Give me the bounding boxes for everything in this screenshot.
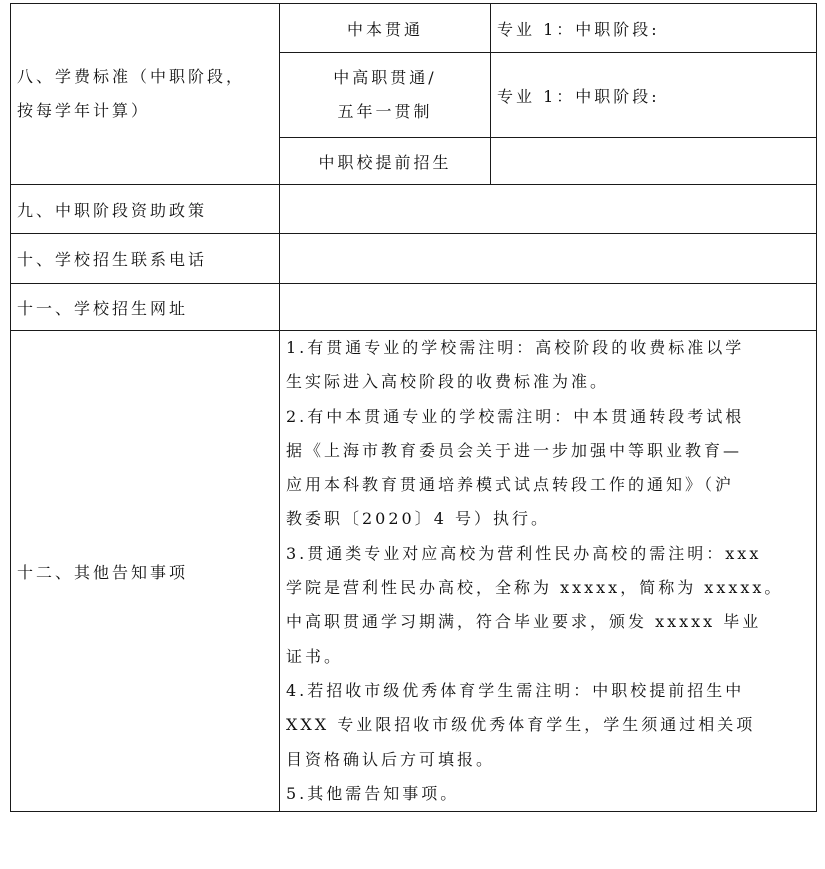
- tuition-label-line1: 八、学费标准（中职阶段，: [17, 60, 273, 94]
- notice-line: 教委职〔2020〕4 号）执行。: [286, 502, 810, 536]
- tuition-label-line2: 按每学年计算）: [17, 94, 273, 128]
- phone-label: 十、学校招生联系电话: [11, 234, 280, 284]
- tuition-type-zhonggao-line2: 五年一贯制: [286, 95, 484, 129]
- notice-line: 中高职贯通学习期满，符合毕业要求，颁发 xxxxx 毕业: [286, 605, 810, 639]
- enrollment-info-table: 八、学费标准（中职阶段， 按每学年计算） 中本贯通 专业 1：中职阶段: 中高职…: [10, 3, 817, 812]
- notice-line: 目资格确认后方可填报。: [286, 743, 810, 777]
- table-row-phone: 十、学校招生联系电话: [11, 234, 817, 284]
- notice-line: 应用本科教育贯通培养模式试点转段工作的通知》（沪: [286, 468, 810, 502]
- aid-policy-value: [280, 185, 817, 234]
- tuition-value-zhonggao: 专业 1：中职阶段:: [491, 53, 817, 138]
- tuition-type-early: 中职校提前招生: [280, 138, 491, 185]
- notice-line: 证书。: [286, 640, 810, 674]
- notice-line: 学院是营利性民办高校，全称为 xxxxx，简称为 xxxxx。: [286, 571, 810, 605]
- notice-line: 4.若招收市级优秀体育学生需注明：中职校提前招生中: [286, 674, 810, 708]
- table-row-notices: 十二、其他告知事项 1.有贯通专业的学校需注明：高校阶段的收费标准以学 生实际进…: [11, 331, 817, 812]
- website-value: [280, 284, 817, 331]
- notice-line: 据《上海市教育委员会关于进一步加强中等职业教育—: [286, 434, 810, 468]
- aid-policy-label: 九、中职阶段资助政策: [11, 185, 280, 234]
- website-label: 十一、学校招生网址: [11, 284, 280, 331]
- notice-line: 1.有贯通专业的学校需注明：高校阶段的收费标准以学: [286, 331, 810, 365]
- phone-value: [280, 234, 817, 284]
- notice-line: 2.有中本贯通专业的学校需注明：中本贯通转段考试根: [286, 400, 810, 434]
- tuition-value-early: [491, 138, 817, 185]
- tuition-label-cell: 八、学费标准（中职阶段， 按每学年计算）: [11, 4, 280, 185]
- notices-content: 1.有贯通专业的学校需注明：高校阶段的收费标准以学 生实际进入高校阶段的收费标准…: [280, 331, 817, 812]
- notice-line: XXX 专业限招收市级优秀体育学生，学生须通过相关项: [286, 708, 810, 742]
- tuition-value-zhongben: 专业 1：中职阶段:: [491, 4, 817, 53]
- tuition-type-zhongben: 中本贯通: [280, 4, 491, 53]
- notice-line: 5.其他需告知事项。: [286, 777, 810, 811]
- notices-label: 十二、其他告知事项: [11, 331, 280, 812]
- table-row-tuition-zhongben: 八、学费标准（中职阶段， 按每学年计算） 中本贯通 专业 1：中职阶段:: [11, 4, 817, 53]
- notice-line: 生实际进入高校阶段的收费标准为准。: [286, 365, 810, 399]
- tuition-type-zhonggao-line1: 中高职贯通/: [286, 61, 484, 95]
- notice-line: 3.贯通类专业对应高校为营利性民办高校的需注明：xxx: [286, 537, 810, 571]
- table-row-website: 十一、学校招生网址: [11, 284, 817, 331]
- table-row-aid-policy: 九、中职阶段资助政策: [11, 185, 817, 234]
- tuition-type-zhonggao: 中高职贯通/ 五年一贯制: [280, 53, 491, 138]
